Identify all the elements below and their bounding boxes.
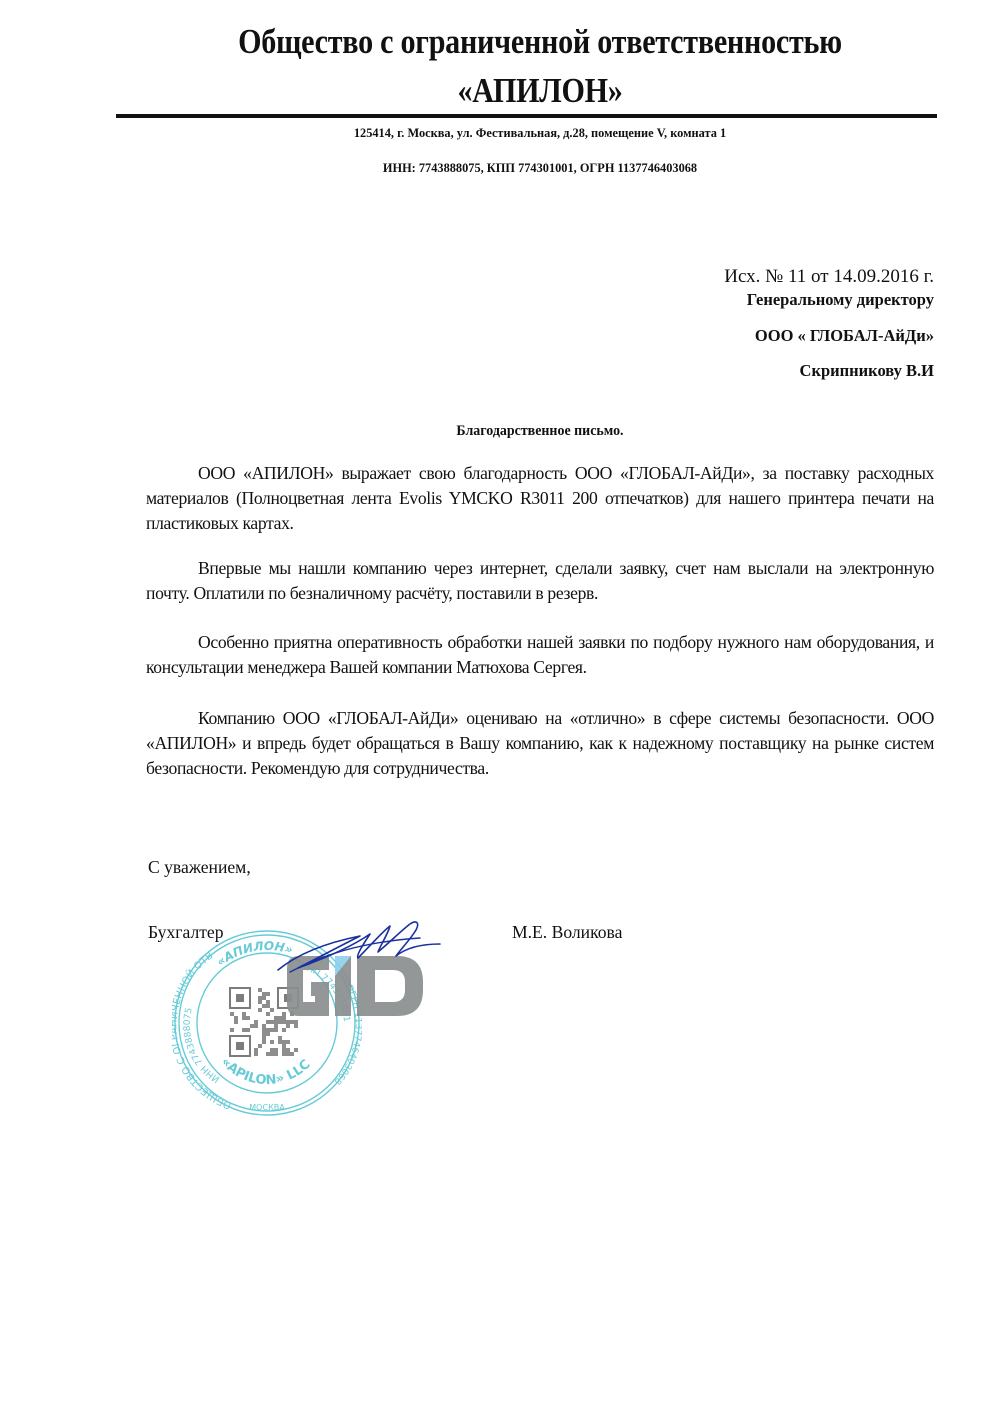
handwritten-signature-icon	[270, 912, 450, 982]
letter-paragraph: Впервые мы нашли компанию через интернет…	[146, 556, 934, 606]
letter-paragraph: ООО «АПИЛОН» выражает свою благодарность…	[146, 461, 934, 536]
addressee-title: Генеральному директору	[747, 290, 934, 310]
addressee-organization: ООО « ГЛОБАЛ-АйДи»	[755, 326, 934, 346]
closing-regards: С уважением,	[148, 857, 251, 878]
outgoing-reference: Исх. № 11 от 14.09.2016 г.	[724, 266, 934, 288]
svg-text:МОСКВА: МОСКВА	[249, 1103, 285, 1112]
letterhead-divider	[116, 114, 937, 118]
letter-title: Благодарственное письмо.	[38, 423, 1000, 440]
letter-paragraph: Компанию ООО «ГЛОБАЛ-АйДи» оцениваю на «…	[146, 706, 934, 781]
letterhead-company-name: «АПИЛОН»	[76, 71, 1000, 111]
letterhead-address: 125414, г. Москва, ул. Фестивальная, д.2…	[27, 125, 1000, 141]
letter-paragraph: Особенно приятна оперативность обработки…	[146, 630, 934, 680]
addressee-person: Скрипникову В.И	[800, 361, 934, 381]
letterhead-requisites: ИНН: 7743888075, КПП 774301001, ОГРН 113…	[27, 160, 1000, 176]
letterhead-company-form: Общество с ограниченной ответственностью	[76, 22, 1000, 62]
signer-name: М.Е. Воликова	[512, 922, 622, 943]
